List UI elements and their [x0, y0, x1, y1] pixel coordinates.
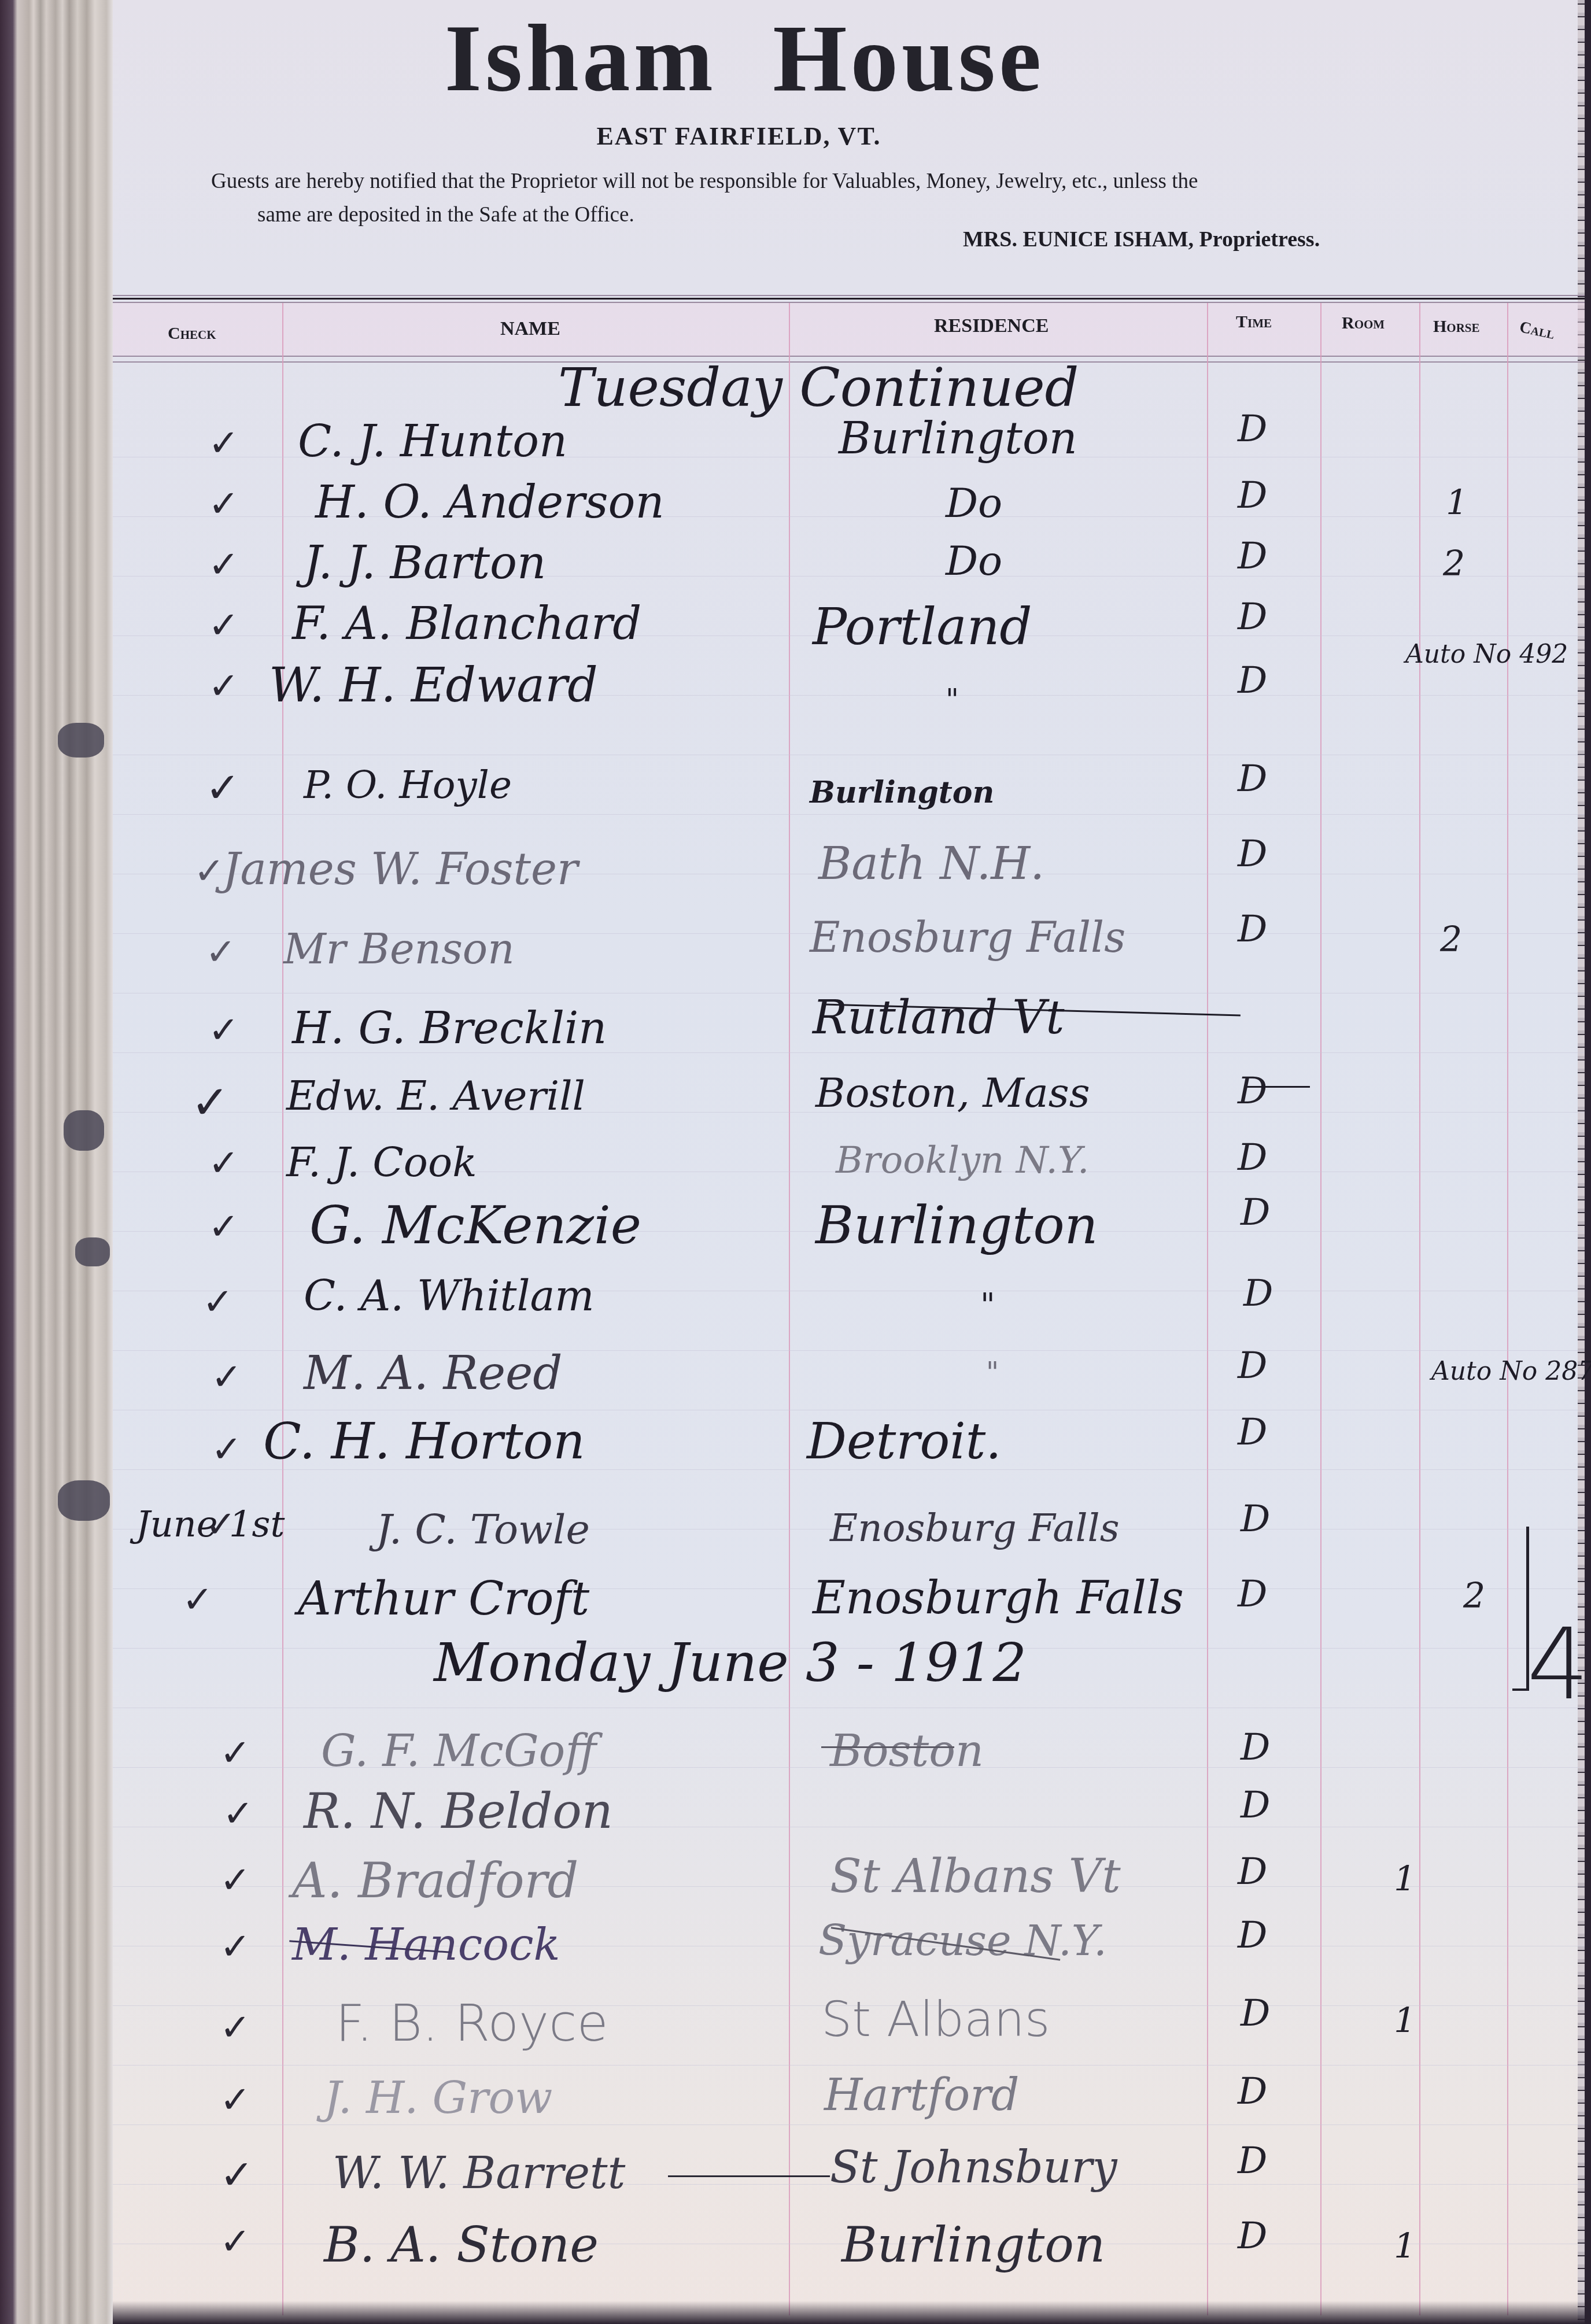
time-mark: D [1241, 1992, 1270, 2035]
guest-residence: Hartford [824, 2073, 1019, 2117]
guest-name: A. Bradford [292, 1856, 578, 1905]
guest-residence: Do [946, 541, 1002, 581]
time-mark: D [1238, 535, 1267, 578]
check-mark: ✓ [208, 604, 239, 647]
time-mark: D [1238, 1344, 1267, 1387]
check-mark: ✓ [208, 544, 239, 586]
horse-number: 1 [1394, 1859, 1416, 1900]
guest-name: C. J. Hunton [298, 419, 567, 463]
section-heading: Monday June 3 - 1912 [434, 1636, 1027, 1690]
check-mark: ✓ [220, 1732, 251, 1775]
guest-name: J. J. Barton [304, 541, 546, 586]
guest-residence: St Albans [821, 1995, 1050, 2044]
guest-name: James W. Foster [223, 847, 578, 891]
guest-name: F. J. Cook [286, 1142, 477, 1183]
check-mark: ✓ [208, 1142, 239, 1185]
time-mark: D [1238, 833, 1267, 875]
column-header-horse: Horse [1433, 317, 1480, 337]
guest-name: H. G. Brecklin [292, 1006, 607, 1050]
column-divider [282, 303, 283, 2315]
time-mark: D [1238, 758, 1267, 800]
guest-residence: Burlington [815, 1200, 1098, 1252]
liability-notice-line-2: same are deposited in the Safe at the Of… [257, 202, 634, 227]
column-divider [1207, 303, 1208, 2315]
guest-residence: " [986, 1359, 999, 1387]
time-mark: D [1238, 2140, 1267, 2182]
time-mark: D [1238, 1573, 1267, 1616]
guest-name: Edw. E. Averill [286, 1076, 585, 1116]
guest-residence: Burlington [810, 778, 994, 808]
check-mark: ✓ [211, 1356, 242, 1399]
horse-number: 1 [1394, 2001, 1416, 2041]
time-mark: D [1241, 1784, 1270, 1827]
time-mark: D [1238, 2215, 1267, 2258]
horse-number: 2 [1440, 919, 1462, 960]
guest-name: H. O. Anderson [315, 480, 665, 525]
check-mark: ✓ [205, 763, 240, 812]
check-mark: ✓ [220, 1859, 251, 1902]
guest-name: B. A. Stone [324, 2220, 599, 2269]
guest-name: W. W. Barrett [333, 2151, 625, 2195]
time-mark: D [1238, 596, 1267, 638]
guest-residence: Enosburg Falls [830, 1509, 1120, 1547]
time-mark: D [1238, 474, 1267, 517]
time-mark: D [1238, 908, 1267, 951]
header-top-rule [113, 295, 1585, 303]
time-mark: D [1238, 1914, 1267, 1957]
check-mark: ✓ [202, 1281, 234, 1324]
column-divider [1419, 303, 1420, 2315]
guest-name: J. H. Grow [324, 2076, 552, 2120]
guest-residence: Portland [813, 601, 1032, 652]
guest-name: M. A. Reed [304, 1350, 563, 1396]
guest-residence: " [946, 685, 959, 714]
column-divider [1507, 303, 1508, 2315]
guest-residence: St Johnsbury [830, 2145, 1117, 2189]
check-mark: ✓ [208, 1206, 239, 1248]
guest-name: W. H. Edward [269, 662, 598, 710]
guest-name: G. McKenzie [309, 1200, 641, 1252]
column-divider [789, 303, 790, 2315]
guest-name: F. A. Blanchard [292, 601, 641, 646]
check-mark: ✓ [220, 2079, 251, 2122]
guest-residence: Do [946, 483, 1002, 523]
check-mark: ✓ [220, 2220, 251, 2263]
guest-residence: Burlington [841, 2220, 1105, 2269]
check-mark: ✓ [208, 665, 239, 708]
register-page: Isham House EAST FAIRFIELD, VT. Guests a… [113, 0, 1585, 2324]
time-mark: D [1238, 2070, 1267, 2113]
guest-name: J. C. Towle [376, 1509, 590, 1550]
column-header-residence: RESIDENCE [934, 315, 1049, 337]
strike-line [821, 1746, 954, 1748]
column-header-room: Room [1342, 313, 1385, 333]
auto-number-note: Auto No 492 [1405, 642, 1568, 667]
check-mark: ✓ [208, 483, 239, 526]
check-mark: ✓ [208, 1009, 239, 1052]
guest-residence: St Albans Vt [830, 1853, 1121, 1900]
time-mark: D [1241, 1191, 1270, 1234]
check-mark: ✓ [191, 1076, 230, 1129]
check-mark: ✓ [205, 931, 237, 974]
guest-residence: Bath N.H. [818, 841, 1044, 886]
guest-name: R. N. Beldon [304, 1787, 613, 1835]
time-mark: D [1238, 659, 1267, 702]
column-divider [1320, 303, 1321, 2315]
horse-number: 2 [1463, 1576, 1485, 1616]
time-mark: D [1241, 1726, 1270, 1769]
horse-number: 1 [1446, 483, 1468, 523]
check-mark: ✓ [182, 1579, 213, 1621]
time-mark: D [1238, 1070, 1267, 1113]
check-mark: ✓ [194, 850, 225, 893]
hotel-title: Isham House [9, 10, 1481, 106]
strike-line [1246, 1086, 1310, 1088]
time-mark: D [1238, 408, 1267, 450]
time-mark: D [1241, 1498, 1270, 1540]
column-header-name: NAME [500, 318, 560, 340]
auto-number-note: Auto No 287 [1431, 1359, 1591, 1384]
guest-name: C. A. Whitlam [304, 1275, 595, 1317]
check-mark: ✓ [208, 422, 239, 465]
check-mark: ✓ [211, 1428, 242, 1471]
page-bottom-shadow [113, 2301, 1585, 2324]
check-mark: ✓ [220, 1926, 251, 1968]
horse-number: 1 [1394, 2226, 1416, 2267]
column-header-time: Time [1236, 312, 1272, 332]
column-header-check: Check [168, 324, 216, 343]
guest-name: Arthur Croft [298, 1576, 589, 1622]
check-mark: ✓ [220, 2151, 254, 2199]
guest-residence: Rutland Vt [813, 995, 1064, 1041]
guest-residence: Burlington [839, 416, 1077, 460]
time-mark: D [1238, 1850, 1267, 1893]
guest-residence: Enosburg Falls [810, 917, 1125, 958]
guest-name: C. H. Horton [263, 1417, 585, 1466]
call-count: 4 [1527, 1608, 1589, 1722]
horse-number: 2 [1443, 544, 1465, 584]
time-mark: D [1243, 1272, 1273, 1315]
hotel-location: EAST FAIRFIELD, VT. [3, 121, 1475, 151]
check-mark: ✓ [220, 2007, 251, 2049]
strike-line [668, 2175, 830, 2177]
guest-residence: Brooklyn N.Y. [836, 1142, 1089, 1179]
guest-residence: Detroit. [807, 1417, 1002, 1466]
section-heading: Tuesday Continued [558, 361, 1079, 415]
guest-name: Mr Benson [283, 928, 515, 970]
proprietress-name: MRS. EUNICE ISHAM, Proprietress. [963, 227, 1320, 252]
guest-name: F. B. Royce [335, 1998, 608, 2049]
guest-residence: Syracuse N.Y. [818, 1920, 1107, 1961]
liability-notice-line-1: Guests are hereby notified that the Prop… [211, 169, 1198, 194]
guest-name: P. O. Hoyle [304, 766, 512, 804]
time-mark: D [1238, 1411, 1267, 1454]
guest-residence: Enosburgh Falls [813, 1576, 1184, 1621]
check-mark: ✓ [205, 1503, 237, 1546]
guest-residence: Boston, Mass [815, 1073, 1090, 1113]
book-binding [0, 0, 116, 2324]
check-mark: ✓ [223, 1793, 254, 1835]
guest-residence: Boston [830, 1729, 984, 1773]
guest-residence: " [980, 1290, 995, 1322]
time-mark: D [1238, 1136, 1267, 1179]
guest-name: G. F. McGoff [321, 1729, 596, 1773]
